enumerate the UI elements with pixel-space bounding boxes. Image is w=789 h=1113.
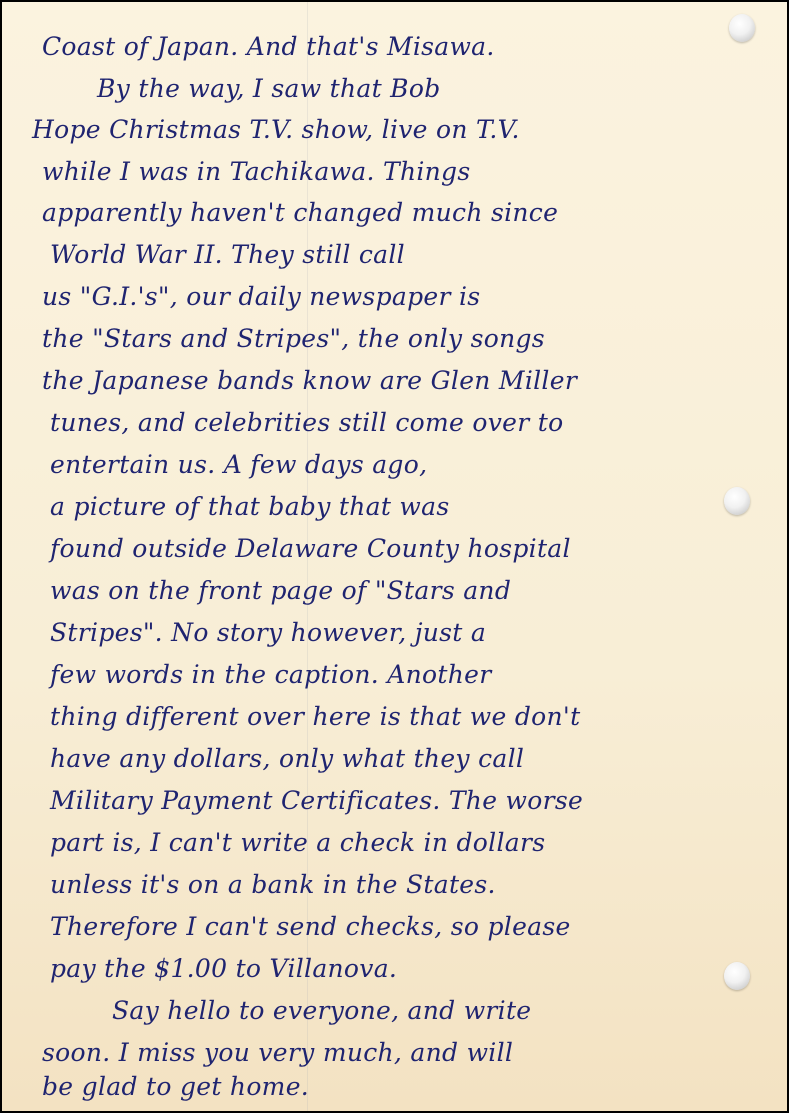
letter-line: part is, I can't write a check in dollar… [50,828,545,857]
letter-line: Military Payment Certificates. The worse [50,786,583,815]
letter-line: the "Stars and Stripes", the only songs [42,324,545,353]
letter-line: Hope Christmas T.V. show, live on T.V. [32,115,520,144]
letter-line: pay the $1.00 to Villanova. [50,954,397,983]
punch-hole-middle [724,487,750,515]
letter-page: Coast of Japan. And that's Misawa. By th… [2,2,787,1111]
punch-hole-bottom [724,962,750,990]
letter-line: entertain us. A few days ago, [50,450,427,479]
punch-hole-top [729,14,755,42]
letter-line: have any dollars, only what they call [50,744,524,773]
letter-line: thing different over here is that we don… [50,702,580,731]
letter-line: unless it's on a bank in the States. [50,870,496,899]
letter-line: the Japanese bands know are Glen Miller [42,366,577,395]
letter-line: tunes, and celebrities still come over t… [50,408,563,437]
letter-line: World War II. They still call [50,240,405,269]
letter-line: By the way, I saw that Bob [97,74,441,103]
letter-line: Coast of Japan. And that's Misawa. [42,32,495,61]
letter-line: found outside Delaware County hospital [50,534,571,563]
letter-line: was on the front page of "Stars and [50,576,511,605]
letter-line: Therefore I can't send checks, so please [50,912,571,941]
letter-line: few words in the caption. Another [50,660,492,689]
letter-line: apparently haven't changed much since [42,198,558,227]
letter-line: soon. I miss you very much, and will [42,1038,513,1067]
letter-line: be glad to get home. [42,1072,309,1101]
letter-line: us "G.I.'s", our daily newspaper is [42,282,480,311]
letter-line: Stripes". No story however, just a [50,618,486,647]
letter-line: a picture of that baby that was [50,492,449,521]
letter-line: while I was in Tachikawa. Things [42,157,470,186]
letter-line: Say hello to everyone, and write [112,996,531,1025]
